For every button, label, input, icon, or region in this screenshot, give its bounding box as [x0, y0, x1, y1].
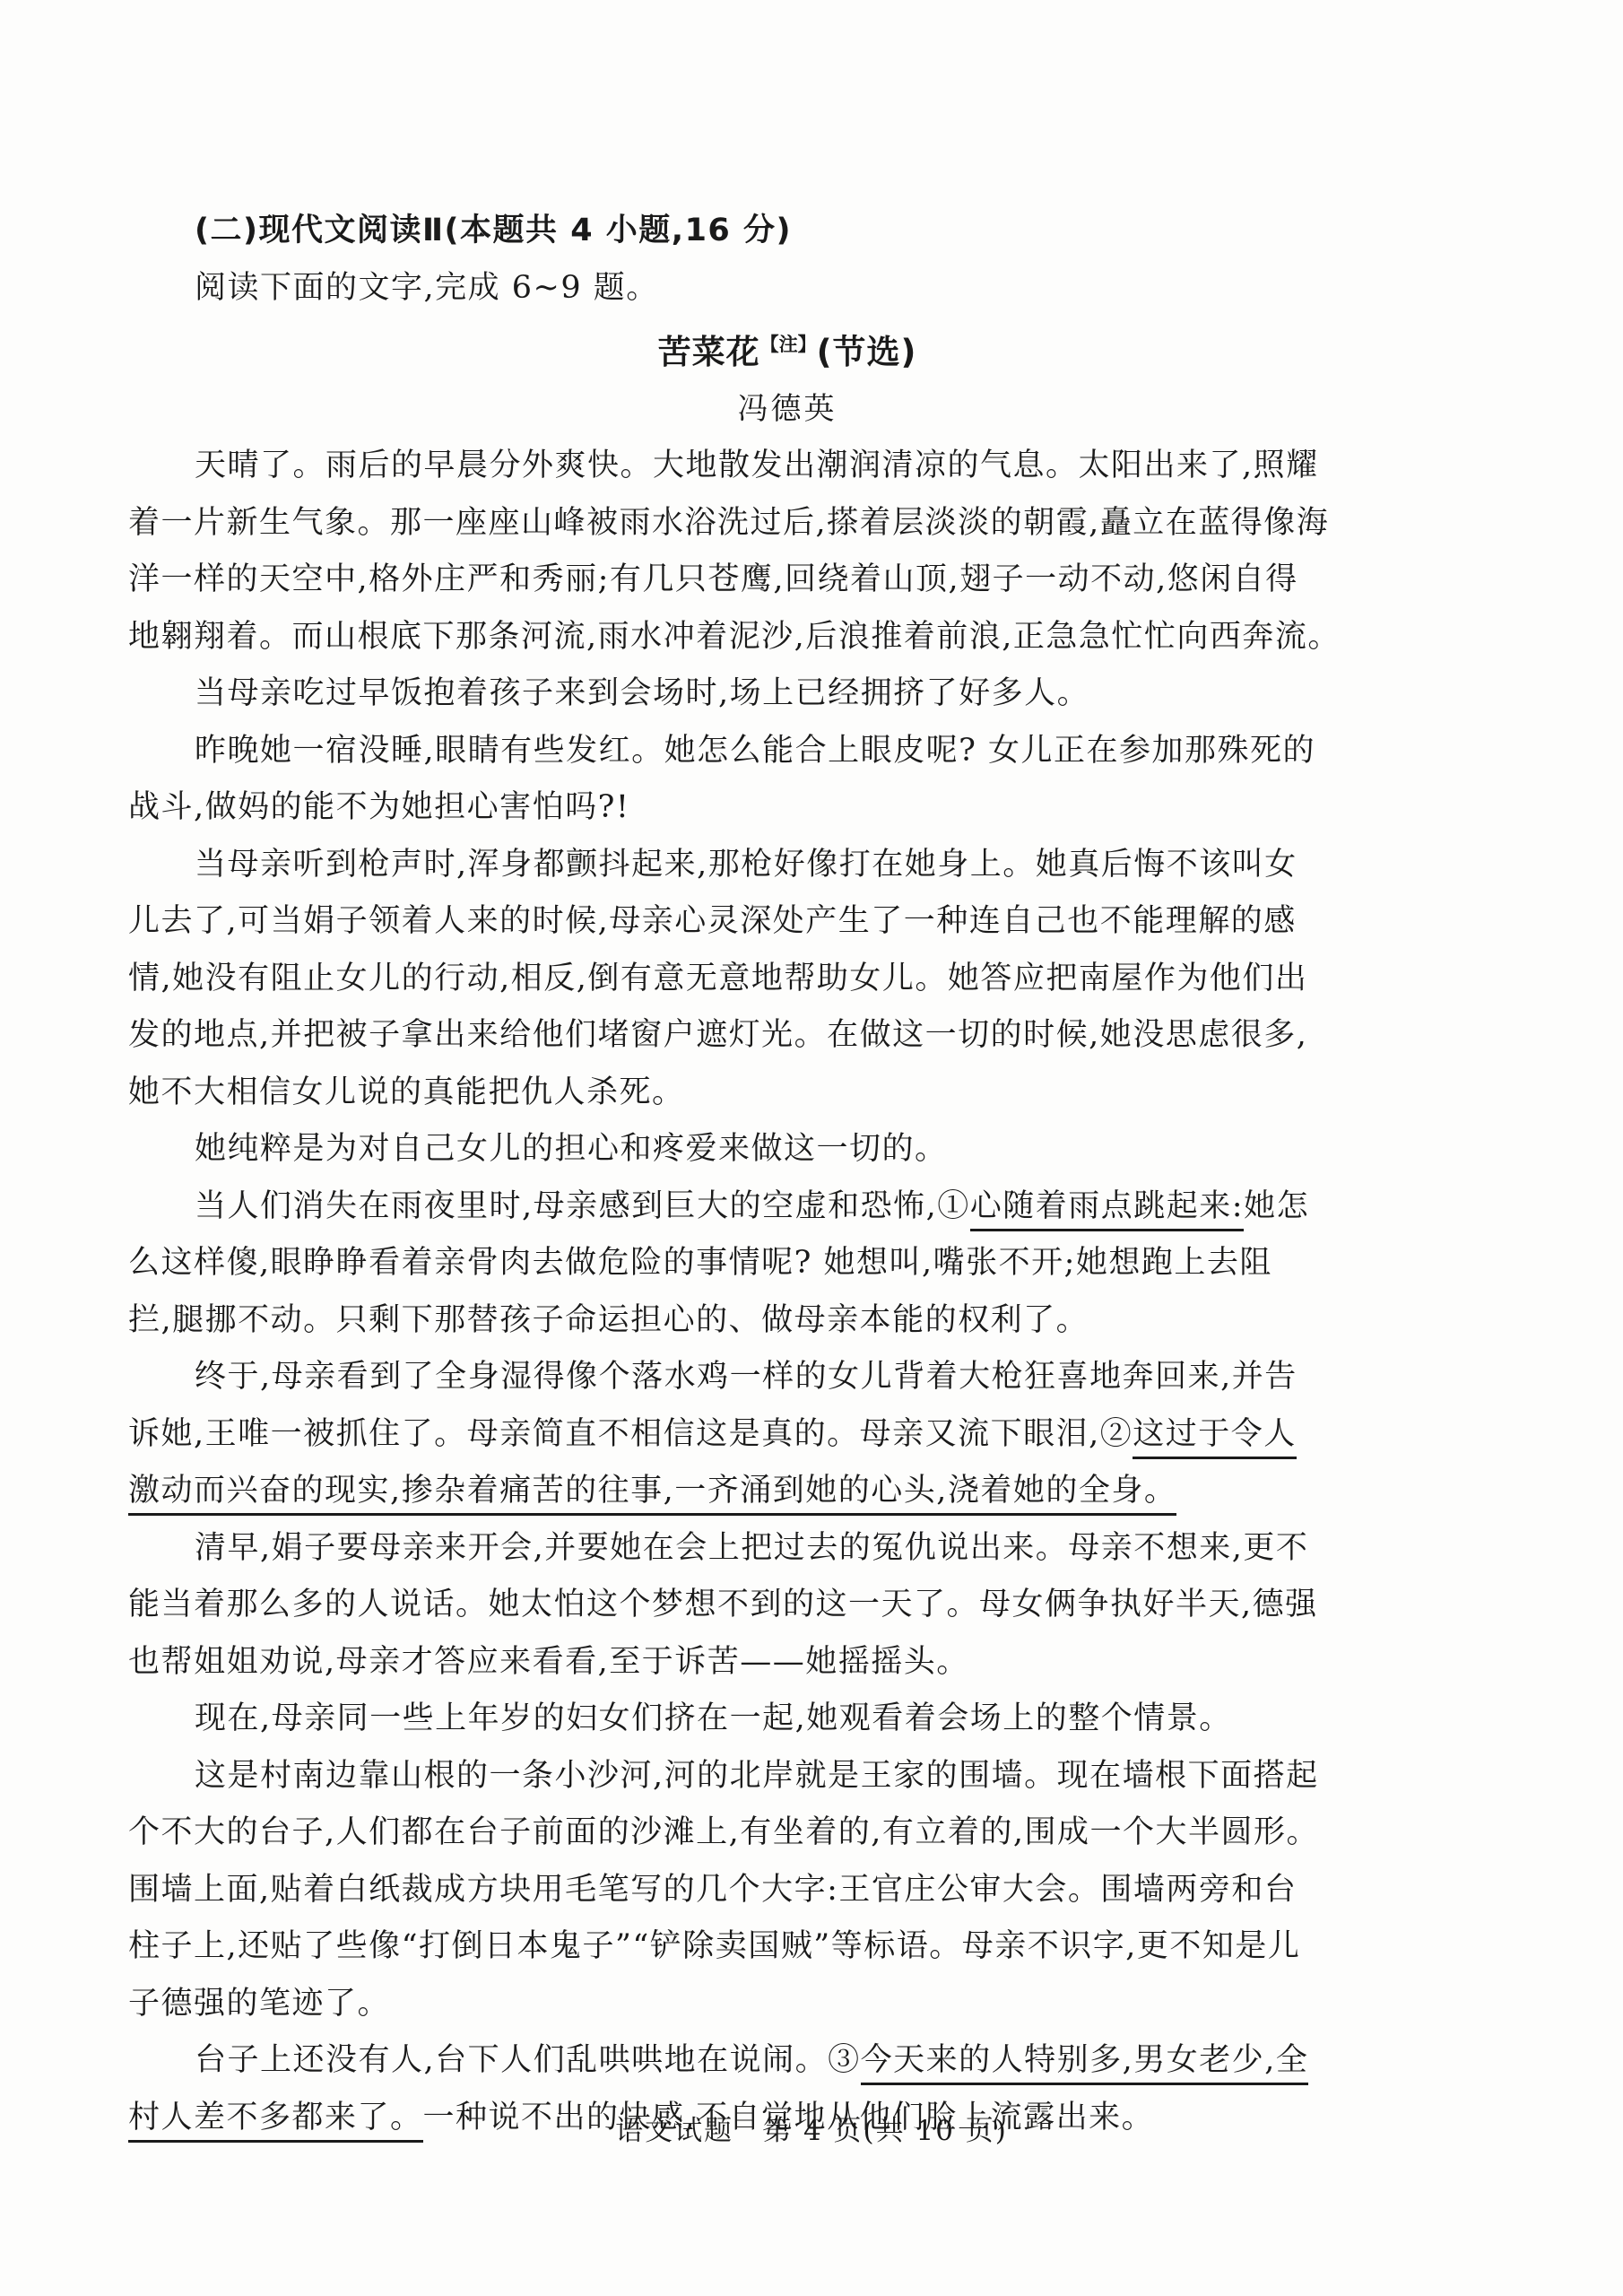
passage-line: 能当着那么多的人说话。她太怕这个梦想不到的这一天了。母女俩争执好半天,德强 — [128, 1577, 1446, 1634]
text-segment: 也帮姐姐劝说,母亲才答应来看看,至于诉苦——她摇摇头。 — [128, 1644, 969, 1680]
text-segment: 终于,母亲看到了全身湿得像个落水鸡一样的女儿背着大枪狂喜地奔回来,并告 — [195, 1359, 1298, 1395]
text-segment: 当母亲吃过早饭抱着孩子来到会场时,场上已经拥挤了好多人。 — [195, 675, 1089, 711]
text-segment: 诉她,王唯一被抓住了。母亲简直不相信这是真的。母亲又流下眼泪,② — [128, 1416, 1133, 1452]
text-segment: 当母亲听到枪声时,浑身都颤抖起来,那枪好像打在她身上。她真后悔不该叫女 — [195, 847, 1298, 883]
passage-line: 么这样傻,眼睁睁看着亲骨肉去做危险的事情呢? 她想叫,嘴张不开;她想跑上去阻 — [128, 1235, 1446, 1292]
text-segment: 能当着那么多的人说话。她太怕这个梦想不到的这一天了。母女俩争执好半天,德强 — [128, 1587, 1318, 1622]
text-segment: 她不大相信女儿说的真能把仇人杀死。 — [128, 1074, 685, 1110]
text-segment: 地翱翔着。而山根底下那条河流,雨水冲着泥沙,后浪推着前浪,正急急忙忙向西奔流。 — [128, 619, 1341, 655]
text-segment: 昨晚她一宿没睡,眼睛有些发红。她怎么能合上眼皮呢? 女儿正在参加那殊死的 — [195, 733, 1315, 769]
passage-body: 天晴了。雨后的早晨分外爽快。大地散发出潮润清凉的气息。太阳出来了,照耀着一片新生… — [128, 438, 1446, 2146]
passage-line: 她纯粹是为对自己女儿的担心和疼爱来做这一切的。 — [128, 1121, 1446, 1178]
text-segment: 台子上还没有人,台下人们乱哄哄地在说闹。③ — [195, 2042, 861, 2078]
page-content: (二)现代文阅读Ⅱ(本题共 4 小题,16 分) 阅读下面的文字,完成 6~9 … — [128, 203, 1446, 2146]
text-segment: 她怎 — [1244, 1188, 1309, 1224]
exam-page: (二)现代文阅读Ⅱ(本题共 4 小题,16 分) 阅读下面的文字,完成 6~9 … — [0, 0, 1623, 2296]
passage-title-suffix: (节选) — [817, 333, 917, 371]
underlined-sentence: 心随着雨点跳起来: — [970, 1188, 1244, 1231]
passage-line: 洋一样的天空中,格外庄严和秀丽;有几只苍鹰,回绕着山顶,翅子一动不动,悠闲自得 — [128, 552, 1446, 609]
passage-line: 诉她,王唯一被抓住了。母亲简直不相信这是真的。母亲又流下眼泪,②这过于令人 — [128, 1406, 1446, 1464]
passage-line: 发的地点,并把被子拿出来给他们堵窗户遮灯光。在做这一切的时候,她没思虑很多, — [128, 1007, 1446, 1065]
section-heading: (二)现代文阅读Ⅱ(本题共 4 小题,16 分) — [128, 203, 1446, 260]
passage-line: 子德强的笔迹了。 — [128, 1976, 1446, 2033]
text-segment: 围墙上面,贴着白纸裁成方块用毛笔写的几个大字:王官庄公审大会。围墙两旁和台 — [128, 1872, 1297, 1908]
underlined-sentence: 激动而兴奋的现实,掺杂着痛苦的往事,一齐涌到她的心头,浇着她的全身。 — [128, 1473, 1176, 1516]
passage-line: 柱子上,还贴了些像“打倒日本鬼子”“铲除卖国贼”等标语。母亲不识字,更不知是儿 — [128, 1918, 1446, 1976]
passage-title: 苦菜花【注】(节选) — [128, 317, 1446, 381]
passage-line: 昨晚她一宿没睡,眼睛有些发红。她怎么能合上眼皮呢? 女儿正在参加那殊死的 — [128, 723, 1446, 780]
passage-author: 冯德英 — [128, 381, 1446, 439]
underlined-sentence: 今天来的人特别多,男女老少,全 — [861, 2042, 1309, 2085]
text-segment: 战斗,做妈的能不为她担心害怕吗?! — [128, 789, 629, 825]
passage-line: 情,她没有阻止女儿的行动,相反,倒有意无意地帮助女儿。她答应把南屋作为他们出 — [128, 951, 1446, 1008]
text-segment: 洋一样的天空中,格外庄严和秀丽;有几只苍鹰,回绕着山顶,翅子一动不动,悠闲自得 — [128, 561, 1298, 597]
text-segment: 清早,娟子要母亲来开会,并要她在会上把过去的冤仇说出来。母亲不想来,更不 — [195, 1530, 1308, 1566]
text-segment: 拦,腿挪不动。只剩下那替孩子命运担心的、做母亲本能的权利了。 — [128, 1302, 1089, 1338]
passage-line: 清早,娟子要母亲来开会,并要她在会上把过去的冤仇说出来。母亲不想来,更不 — [128, 1520, 1446, 1578]
text-segment: 这是村南边靠山根的一条小沙河,河的北岸就是王家的围墙。现在墙根下面搭起 — [195, 1758, 1319, 1794]
passage-line: 激动而兴奋的现实,掺杂着痛苦的往事,一齐涌到她的心头,浇着她的全身。 — [128, 1463, 1446, 1520]
passage-line: 拦,腿挪不动。只剩下那替孩子命运担心的、做母亲本能的权利了。 — [128, 1292, 1446, 1350]
text-segment: 子德强的笔迹了。 — [128, 1986, 390, 2022]
text-segment: 现在,母亲同一些上年岁的妇女们挤在一起,她观看着会场上的整个情景。 — [195, 1700, 1232, 1736]
text-segment: 个不大的台子,人们都在台子前面的沙滩上,有坐着的,有立着的,围成一个大半圆形。 — [128, 1814, 1319, 1850]
section-instruction: 阅读下面的文字,完成 6~9 题。 — [128, 260, 1446, 317]
passage-title-text: 苦菜花 — [658, 333, 760, 371]
text-segment: 着一片新生气象。那一座座山峰被雨水浴洗过后,搽着层淡淡的朝霞,矗立在蓝得像海 — [128, 505, 1329, 541]
passage-line: 现在,母亲同一些上年岁的妇女们挤在一起,她观看着会场上的整个情景。 — [128, 1691, 1446, 1748]
text-segment: 当人们消失在雨夜里时,母亲感到巨大的空虚和恐怖,① — [195, 1188, 970, 1224]
passage-line: 台子上还没有人,台下人们乱哄哄地在说闹。③今天来的人特别多,男女老少,全 — [128, 2032, 1446, 2090]
passage-line: 战斗,做妈的能不为她担心害怕吗?! — [128, 779, 1446, 837]
passage-line: 当人们消失在雨夜里时,母亲感到巨大的空虚和恐怖,①心随着雨点跳起来:她怎 — [128, 1178, 1446, 1236]
passage-line: 着一片新生气象。那一座座山峰被雨水浴洗过后,搽着层淡淡的朝霞,矗立在蓝得像海 — [128, 495, 1446, 552]
passage-line: 终于,母亲看到了全身湿得像个落水鸡一样的女儿背着大枪狂喜地奔回来,并告 — [128, 1349, 1446, 1406]
passage-line: 地翱翔着。而山根底下那条河流,雨水冲着泥沙,后浪推着前浪,正急急忙忙向西奔流。 — [128, 609, 1446, 666]
page-footer: 语文试题 第 4 页(共 10 页) — [0, 2111, 1623, 2151]
passage-line: 儿去了,可当娟子领着人来的时候,母亲心灵深处产生了一种连自己也不能理解的感 — [128, 893, 1446, 951]
passage-line: 当母亲吃过早饭抱着孩子来到会场时,场上已经拥挤了好多人。 — [128, 665, 1446, 723]
passage-line: 当母亲听到枪声时,浑身都颤抖起来,那枪好像打在她身上。她真后悔不该叫女 — [128, 837, 1446, 894]
text-segment: 么这样傻,眼睁睁看着亲骨肉去做危险的事情呢? 她想叫,嘴张不开;她想跑上去阻 — [128, 1245, 1272, 1281]
underlined-sentence: 这过于令人 — [1133, 1416, 1297, 1459]
text-segment: 她纯粹是为对自己女儿的担心和疼爱来做这一切的。 — [195, 1131, 948, 1167]
passage-line: 围墙上面,贴着白纸裁成方块用毛笔写的几个大字:王官庄公审大会。围墙两旁和台 — [128, 1862, 1446, 1919]
passage-title-note: 【注】 — [760, 334, 817, 355]
text-segment: 柱子上,还贴了些像“打倒日本鬼子”“铲除卖国贼”等标语。母亲不识字,更不知是儿 — [128, 1928, 1300, 1964]
passage-line: 这是村南边靠山根的一条小沙河,河的北岸就是王家的围墙。现在墙根下面搭起 — [128, 1748, 1446, 1805]
passage-line: 也帮姐姐劝说,母亲才答应来看看,至于诉苦——她摇摇头。 — [128, 1634, 1446, 1692]
text-segment: 天晴了。雨后的早晨分外爽快。大地散发出潮润清凉的气息。太阳出来了,照耀 — [195, 448, 1319, 483]
passage-line: 天晴了。雨后的早晨分外爽快。大地散发出潮润清凉的气息。太阳出来了,照耀 — [128, 438, 1446, 495]
text-segment: 情,她没有阻止女儿的行动,相反,倒有意无意地帮助女儿。她答应把南屋作为他们出 — [128, 961, 1307, 996]
text-segment: 儿去了,可当娟子领着人来的时候,母亲心灵深处产生了一种连自己也不能理解的感 — [128, 903, 1297, 939]
passage-line: 个不大的台子,人们都在台子前面的沙滩上,有坐着的,有立着的,围成一个大半圆形。 — [128, 1805, 1446, 1862]
text-segment: 发的地点,并把被子拿出来给他们堵窗户遮灯光。在做这一切的时候,她没思虑很多, — [128, 1017, 1307, 1053]
passage-line: 她不大相信女儿说的真能把仇人杀死。 — [128, 1065, 1446, 1122]
